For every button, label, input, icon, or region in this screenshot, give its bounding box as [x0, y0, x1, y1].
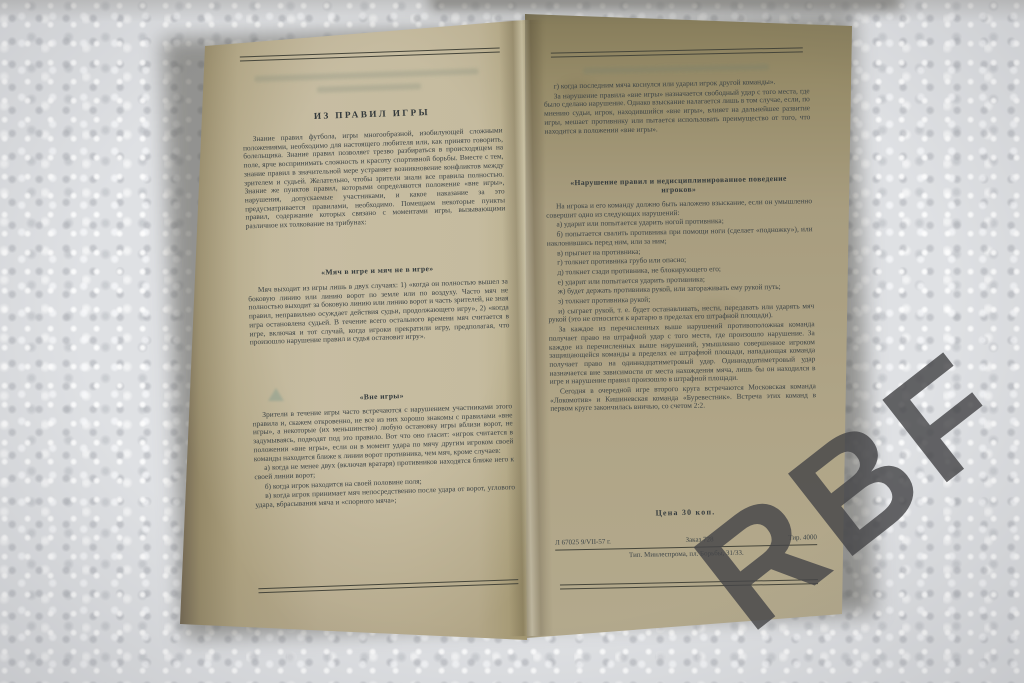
offside-penalty-paragraph: За нарушение правила «вне игры» назначае…: [544, 87, 811, 136]
todays-match-paragraph: Сегодня в очередной игре второго круга в…: [550, 382, 816, 414]
imprint-code: Л 67025 9/VII-57 г.: [555, 537, 611, 547]
top-edge-shadow: [430, 0, 900, 10]
section-offside-body-wrap: Зрители в течение игры часто встречаются…: [252, 402, 515, 511]
section-ball-in-play-body: Мяч выходит из игры лишь в двух случаях:…: [248, 277, 510, 347]
section-offside-body: Зрители в течение игры часто встречаются…: [252, 402, 514, 463]
penalty-kick-paragraph: За каждое из перечисленных выше нарушени…: [549, 320, 816, 386]
photo-of-booklet: ИЗ ПРАВИЛ ИГРЫ Знание правил футбола, иг…: [0, 0, 1024, 683]
continued-text-wrap: г) когда последним мяча коснулся или уда…: [543, 77, 810, 137]
intro-paragraph-wrap: Знание правил футбола, игры многообразно…: [243, 126, 506, 232]
violations-body-wrap: На игрока и его команду должно быть нало…: [546, 197, 816, 415]
intro-paragraph: Знание правил футбола, игры многообразно…: [243, 126, 506, 231]
section-ball-in-play-body-wrap: Мяч выходит из игры лишь в двух случаях:…: [248, 277, 510, 348]
